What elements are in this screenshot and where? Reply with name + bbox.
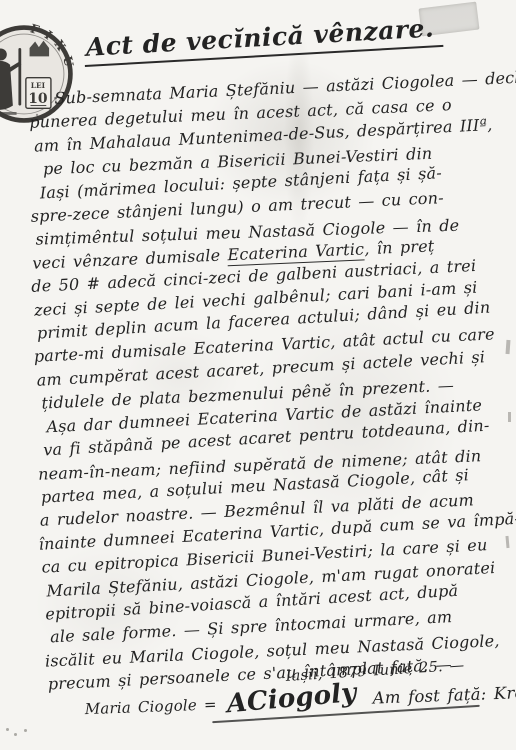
signer-name: Maria Ciogole = xyxy=(84,693,217,721)
document-body: Sub-semnata Maria Ștefăniu — astăzi Ciog… xyxy=(24,70,516,723)
autograph-signature: ACiogoly xyxy=(226,682,358,717)
witness-signature: Am fost față: Kreangu xyxy=(372,679,516,710)
document-title: Act de vecĭnică vênzare. xyxy=(83,13,443,67)
text-lines: Sub-semnata Maria Ștefăniu — astăzi Ciog… xyxy=(24,70,516,696)
document-page: LEI 10 FIXU Act de vecĭnică vênzare. Sub… xyxy=(0,0,516,750)
speckle xyxy=(6,728,9,731)
line-text: , în preț xyxy=(364,236,435,258)
edge-mark xyxy=(508,412,511,422)
speckle xyxy=(14,733,17,736)
speckle xyxy=(24,729,27,732)
